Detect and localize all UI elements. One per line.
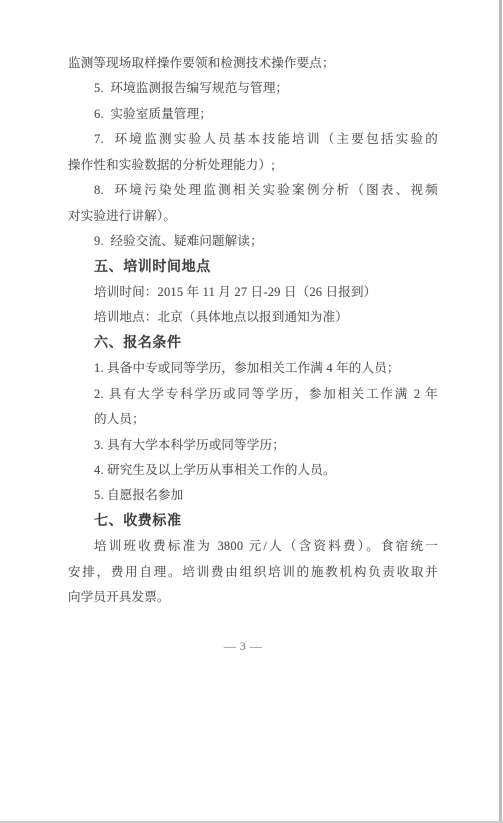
page-number: — 3 — bbox=[58, 634, 428, 659]
paragraph-line: 安排，费用自理。培训费由组织培训的施教机构负责收取并 bbox=[68, 560, 438, 585]
list-item: 5. 自愿报名参加 bbox=[68, 483, 438, 508]
list-item: 7. 环境监测实验人员基本技能培训（主要包括实验的 bbox=[68, 127, 438, 152]
list-item: 5. 环境监测报告编写规范与管理； bbox=[68, 76, 438, 101]
list-item: 9. 经验交流、疑难问题解读； bbox=[68, 229, 438, 254]
list-item: 6. 实验室质量管理； bbox=[68, 102, 438, 127]
paragraph-line: 向学员开具发票。 bbox=[68, 585, 438, 610]
document-body: 监测等现场取样操作要领和检测技术操作要点； 5. 环境监测报告编写规范与管理； … bbox=[68, 51, 438, 659]
section-heading: 七、收费标准 bbox=[68, 509, 438, 534]
paragraph-line: 培训地点：北京（具体地点以报到通知为准） bbox=[68, 305, 438, 330]
list-item: 2. 具有大学专科学历或同等学历，参加相关工作满 2 年 bbox=[68, 382, 438, 407]
paragraph-line: 操作性和实验数据的分析处理能力）; bbox=[68, 153, 438, 178]
paragraph-line: 培训时间：2015 年 11 月 27 日-29 日（26 日报到） bbox=[68, 280, 438, 305]
list-item: 1. 具备中专或同等学历，参加相关工作满 4 年的人员； bbox=[68, 356, 438, 381]
paragraph-line: 的人员； bbox=[68, 407, 438, 432]
paragraph-line: 对实验进行讲解）。 bbox=[68, 204, 438, 229]
section-heading: 六、报名条件 bbox=[68, 331, 438, 356]
scan-edge-right-shadow bbox=[499, 0, 502, 823]
section-heading: 五、培训时间地点 bbox=[68, 255, 438, 280]
document-page: 监测等现场取样操作要领和检测技术操作要点； 5. 环境监测报告编写规范与管理； … bbox=[0, 0, 503, 823]
paragraph-line: 监测等现场取样操作要领和检测技术操作要点； bbox=[68, 51, 438, 76]
list-item: 8. 环境污染处理监测相关实验案例分析（图表、视频 bbox=[68, 178, 438, 203]
list-item: 4. 研究生及以上学历从事相关工作的人员。 bbox=[68, 458, 438, 483]
list-item: 3. 具有大学本科学历或同等学历； bbox=[68, 433, 438, 458]
paragraph-line: 培训班收费标准为 3800 元/人（含资料费）。食宿统一 bbox=[68, 534, 438, 559]
